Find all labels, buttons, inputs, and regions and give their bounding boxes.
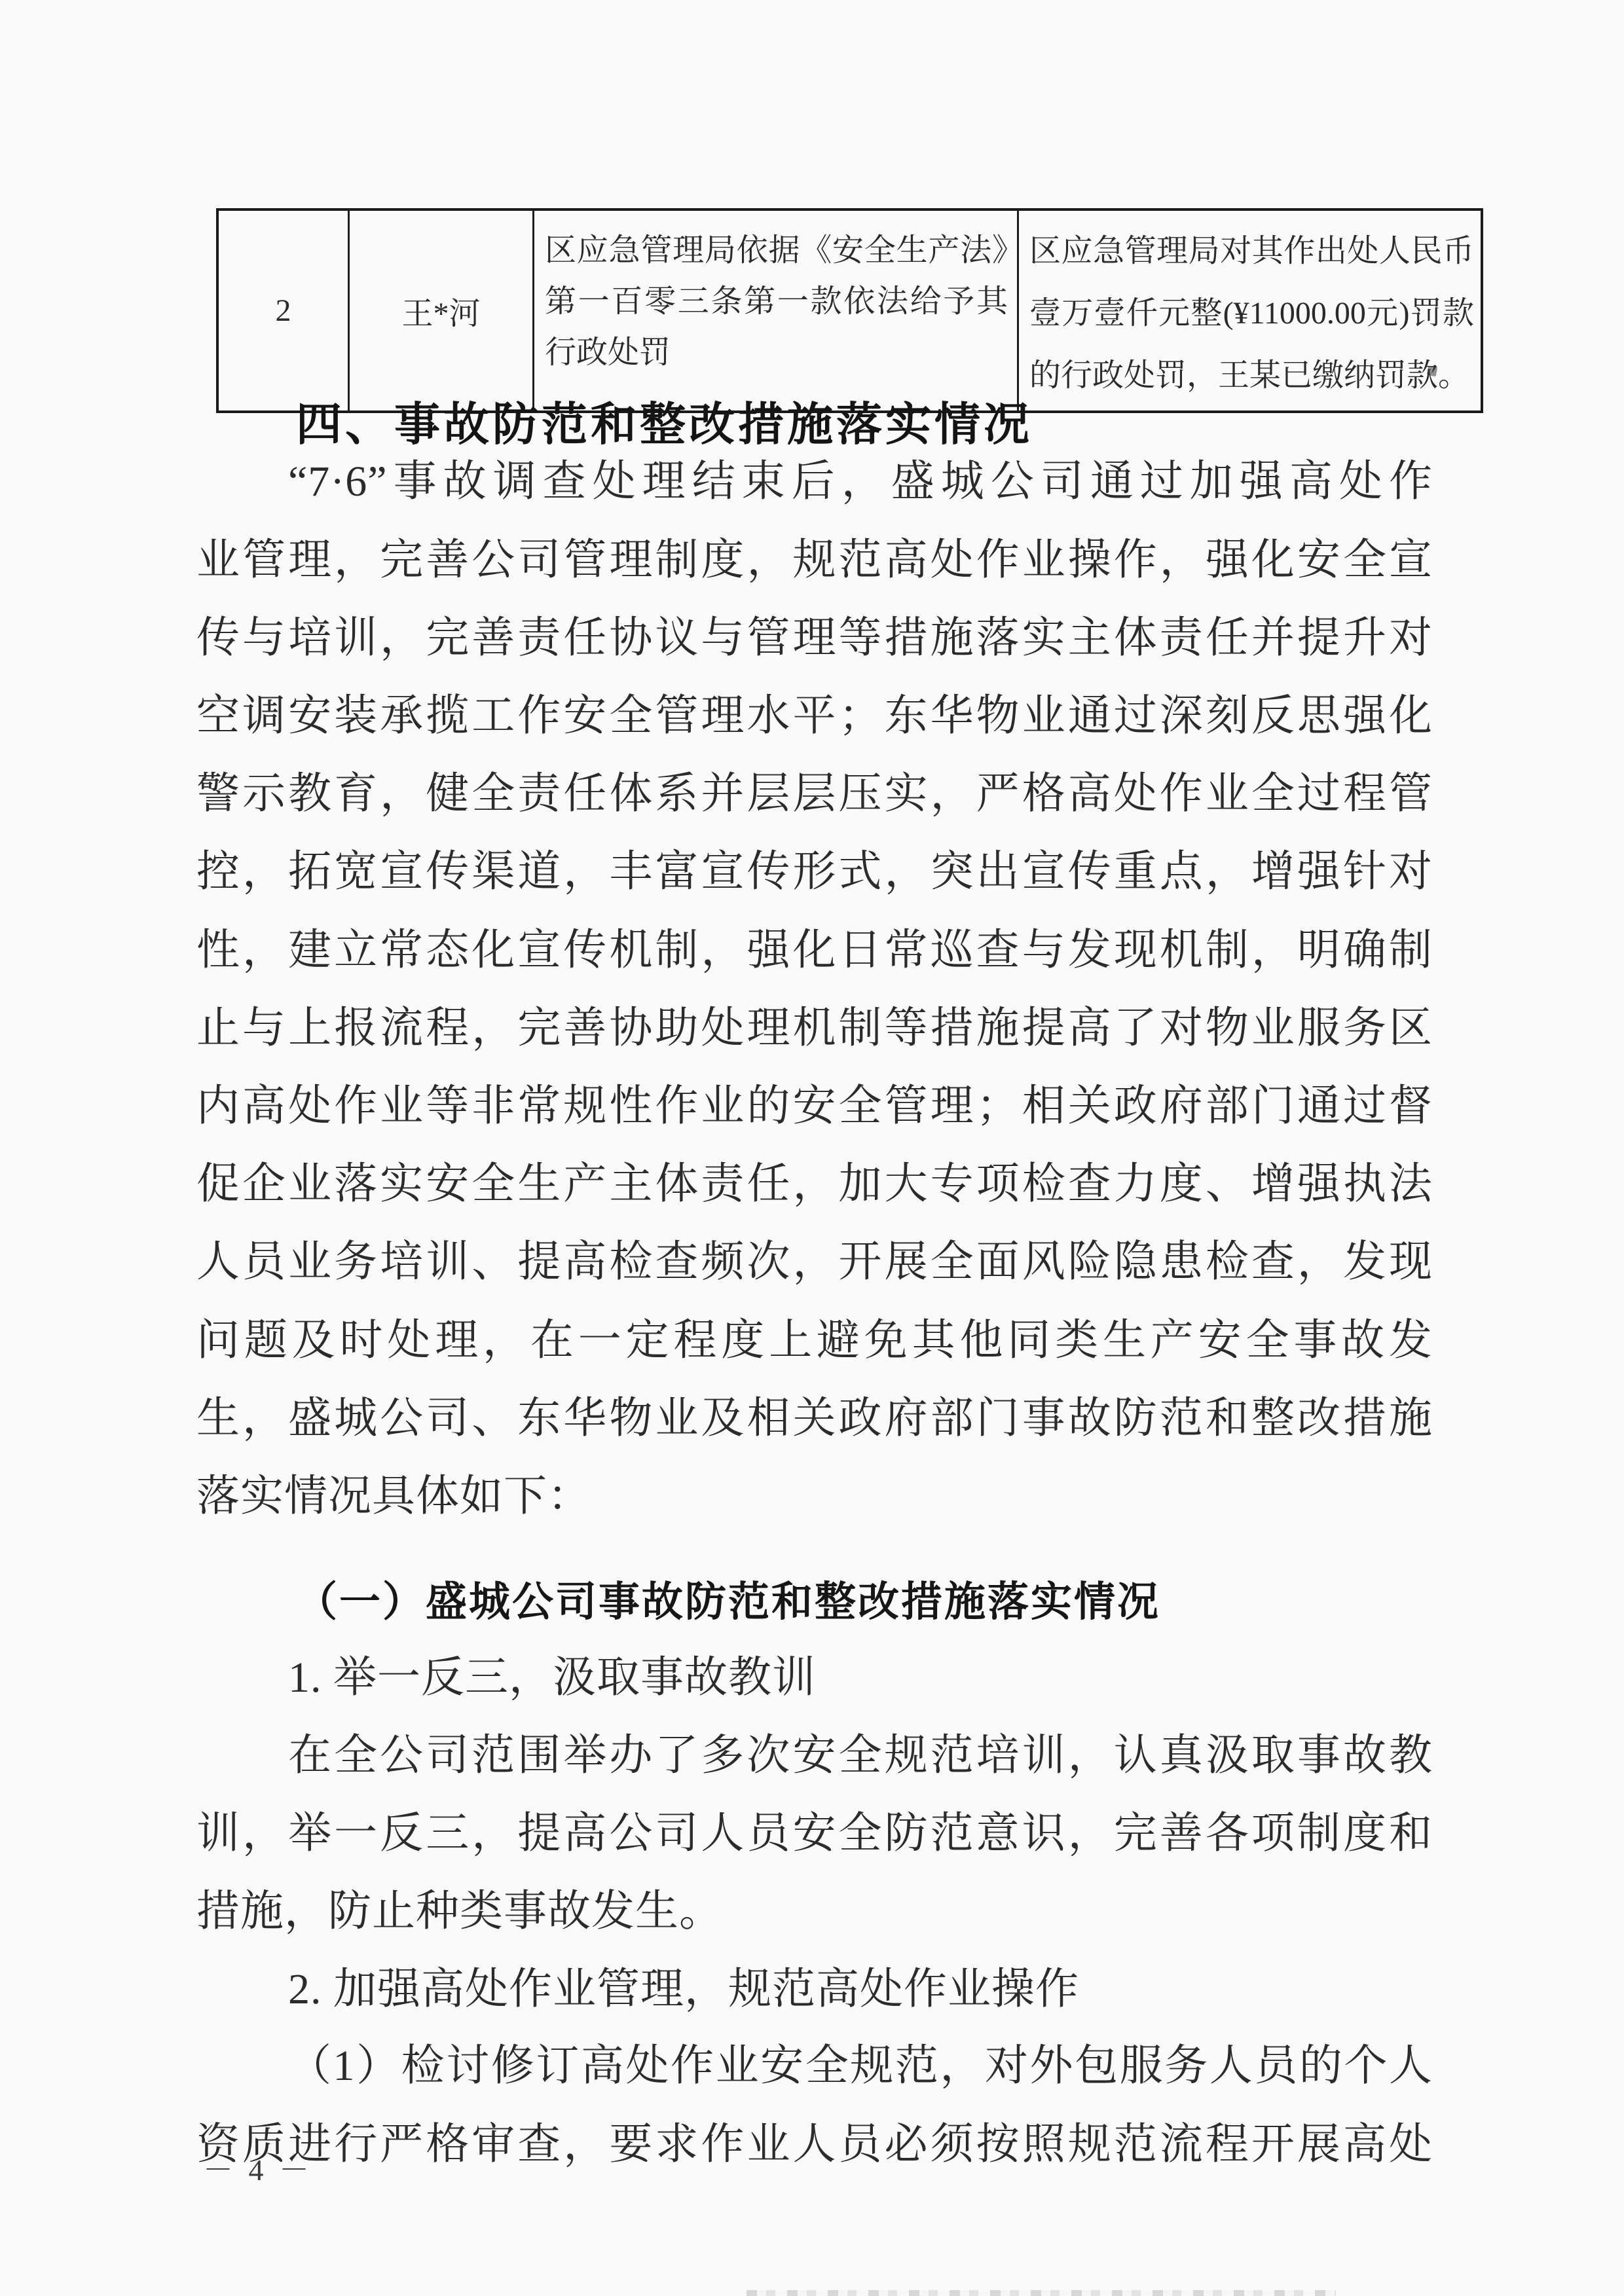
body-line: 训，举一反三，提高公司人员安全防范意识，完善各项制度和 bbox=[196, 1802, 1433, 1868]
body-line: 措施，防止种类事故发生。 bbox=[196, 1880, 1433, 1946]
body-line: 人员业务培训、提高检查频次，开展全面风险隐患检查，发现 bbox=[196, 1231, 1433, 1296]
body-line: 促企业落实安全生产主体责任，加大专项检查力度、增强执法 bbox=[196, 1153, 1433, 1218]
cell-penalty-basis: 区应急管理局依据《安全生产法》第一百零三条第一款依法给予其行政处罚 bbox=[534, 210, 1018, 412]
body-line: 传与培训，完善责任协议与管理等措施落实主体责任并提升对 bbox=[196, 607, 1433, 672]
subsection-heading: （一）盛城公司事故防范和整改措施落实情况 bbox=[296, 1569, 1160, 1628]
page-number: － 4 － bbox=[203, 2146, 313, 2189]
body-line: 生，盛城公司、东华物业及相关政府部门事故防范和整改措施 bbox=[196, 1387, 1433, 1453]
body-line: 业管理，完善公司管理制度，规范高处作业操作，强化安全宣 bbox=[196, 529, 1433, 594]
penalty-table: 2 王*河 区应急管理局依据《安全生产法》第一百零三条第一款依法给予其行政处罚 … bbox=[216, 208, 1483, 413]
body-line: 控，拓宽宣传渠道，丰富宣传形式，突出宣传重点，增强针对 bbox=[196, 841, 1433, 906]
section-heading: 四、事故防范和整改措施落实情况 bbox=[296, 388, 1033, 454]
body-line: 在全公司范围举办了多次安全规范培训，认真汲取事故教 bbox=[196, 1724, 1433, 1790]
scan-artifact-speck bbox=[1427, 366, 1438, 377]
table-row: 2 王*河 区应急管理局依据《安全生产法》第一百零三条第一款依法给予其行政处罚 … bbox=[217, 210, 1482, 412]
body-line: 空调安装承揽工作安全管理水平；东华物业通过深刻反思强化 bbox=[196, 685, 1433, 750]
list-item-2: 2. 加强高处作业管理，规范高处作业操作 bbox=[196, 1958, 1433, 2024]
body-line: 性，建立常态化宣传机制，强化日常巡查与发现机制，明确制 bbox=[196, 919, 1433, 985]
body-line: 问题及时处理，在一定程度上避免其他同类生产安全事故发 bbox=[196, 1309, 1433, 1375]
body-line: 止与上报流程，完善协助处理机制等措施提高了对物业服务区 bbox=[196, 997, 1433, 1063]
body-line: 资质进行严格审查，要求作业人员必须按照规范流程开展高处 bbox=[196, 2113, 1433, 2179]
cell-row-index: 2 bbox=[217, 210, 349, 412]
body-line: 警示教育，健全责任体系并层层压实，严格高处作业全过程管 bbox=[196, 763, 1433, 828]
document-page: 2 王*河 区应急管理局依据《安全生产法》第一百零三条第一款依法给予其行政处罚 … bbox=[0, 0, 1624, 2296]
body-line: 落实情况具体如下： bbox=[196, 1465, 1433, 1531]
list-item-1: 1. 举一反三，汲取事故教训 bbox=[196, 1647, 1433, 1712]
cell-person-name: 王*河 bbox=[349, 210, 534, 412]
body-line: （1）检讨修订高处作业安全规范，对外包服务人员的个人 bbox=[196, 2035, 1433, 2100]
body-line: 内高处作业等非常规性作业的安全管理；相关政府部门通过督 bbox=[196, 1075, 1433, 1140]
scan-artifact-bottom-edge bbox=[747, 2290, 1336, 2296]
body-line: “7·6”事故调查处理结束后，盛城公司通过加强高处作 bbox=[196, 450, 1433, 516]
cell-penalty-result: 区应急管理局对其作出处人民币壹万壹仟元整(¥11000.00元)罚款的行政处罚，… bbox=[1018, 210, 1483, 412]
